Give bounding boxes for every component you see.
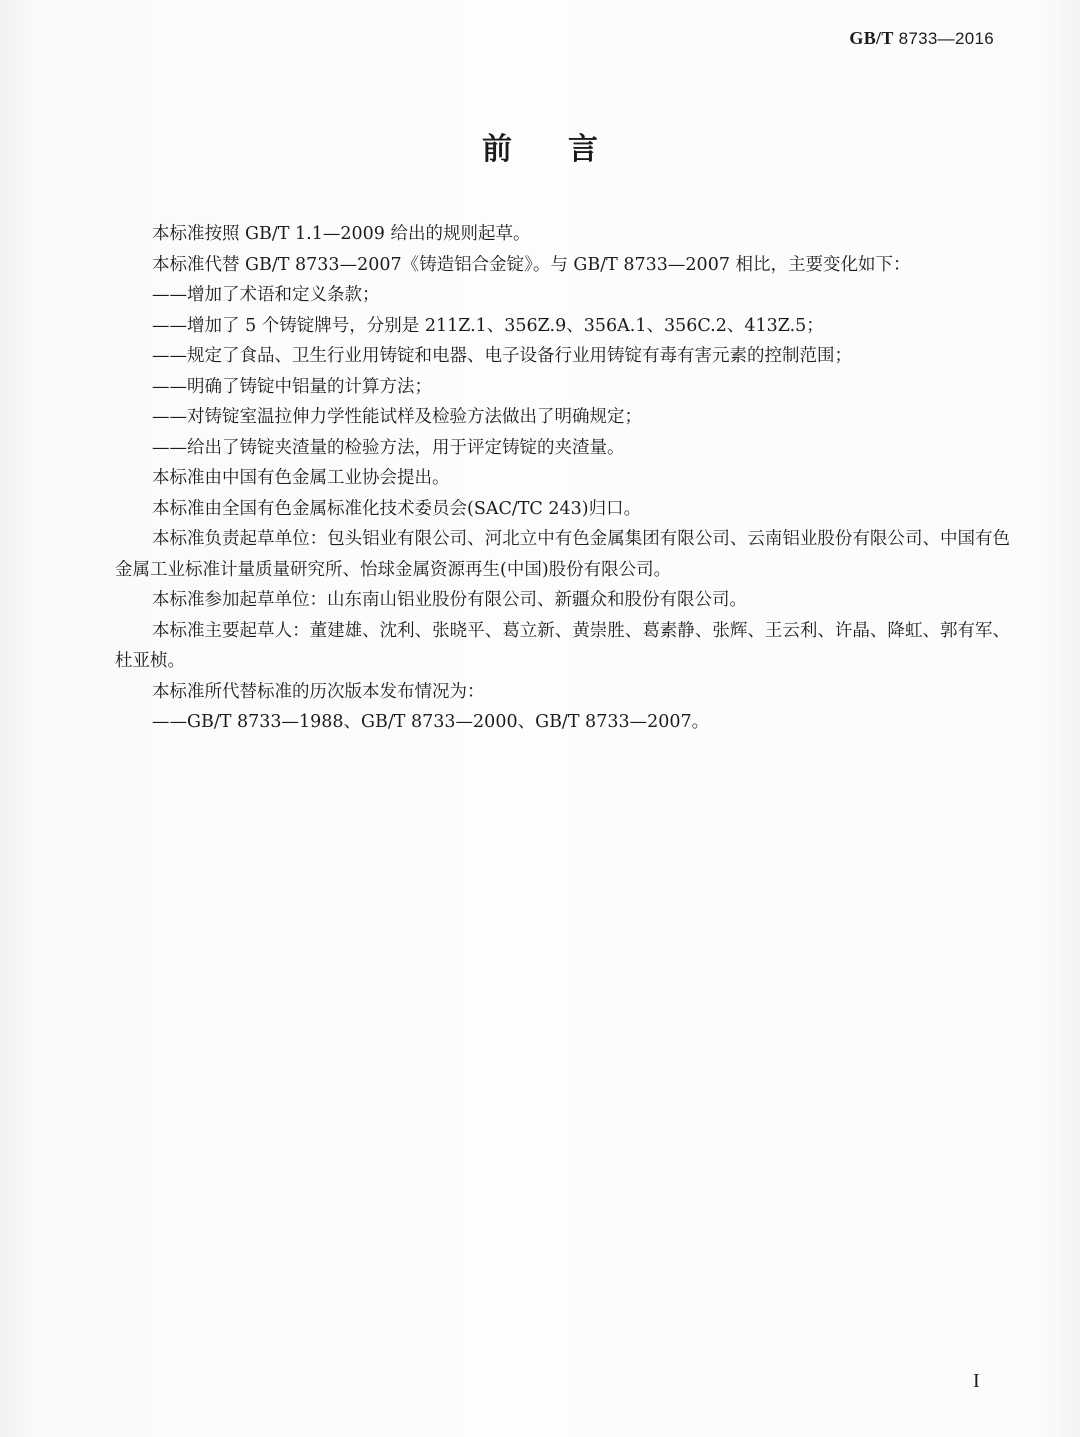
change-item: ——增加了 5 个铸锭牌号，分别是 211Z.1、356Z.9、356A.1、3… [115, 311, 1010, 342]
paragraph-drafting-rules: 本标准按照 GB/T 1.1—2009 给出的规则起草。 [115, 219, 1010, 250]
paragraph-main-drafters: 本标准主要起草人：董建雄、沈利、张晓平、葛立新、黄崇胜、葛素静、张辉、王云利、许… [115, 616, 1010, 677]
paragraph-proposer: 本标准由中国有色金属工业协会提出。 [115, 463, 1010, 494]
change-item: ——规定了食品、卫生行业用铸锭和电器、电子设备行业用铸锭有毒有害元素的控制范围； [115, 341, 1010, 372]
paragraph-previous-editions: 本标准所代替标准的历次版本发布情况为： [115, 677, 1010, 708]
page-title: 前言 [0, 124, 1080, 168]
standard-prefix: GB/T [849, 28, 893, 48]
foreword-body: 本标准按照 GB/T 1.1—2009 给出的规则起草。 本标准代替 GB/T … [115, 219, 1010, 738]
previous-editions-list: ——GB/T 8733—1988、GB/T 8733—2000、GB/T 873… [115, 707, 1010, 738]
change-item: ——明确了铸锭中铝量的计算方法； [115, 372, 1010, 403]
page-number: I [973, 1370, 980, 1393]
change-item: ——增加了术语和定义条款； [115, 280, 1010, 311]
change-item: ——对铸锭室温拉伸力学性能试样及检验方法做出了明确规定； [115, 402, 1010, 433]
paragraph-replacement: 本标准代替 GB/T 8733—2007《铸造铝合金锭》。与 GB/T 8733… [115, 250, 1010, 281]
standard-code-header: GB/T 8733—2016 [849, 28, 994, 49]
change-item: ——给出了铸锭夹渣量的检验方法，用于评定铸锭的夹渣量。 [115, 433, 1010, 464]
paragraph-lead-drafters: 本标准负责起草单位：包头铝业有限公司、河北立中有色金属集团有限公司、云南铝业股份… [115, 524, 1010, 585]
standard-number: 8733—2016 [899, 29, 994, 48]
paragraph-committee: 本标准由全国有色金属标准化技术委员会(SAC/TC 243)归口。 [115, 494, 1010, 525]
paragraph-participating-drafters: 本标准参加起草单位：山东南山铝业股份有限公司、新疆众和股份有限公司。 [115, 585, 1010, 616]
